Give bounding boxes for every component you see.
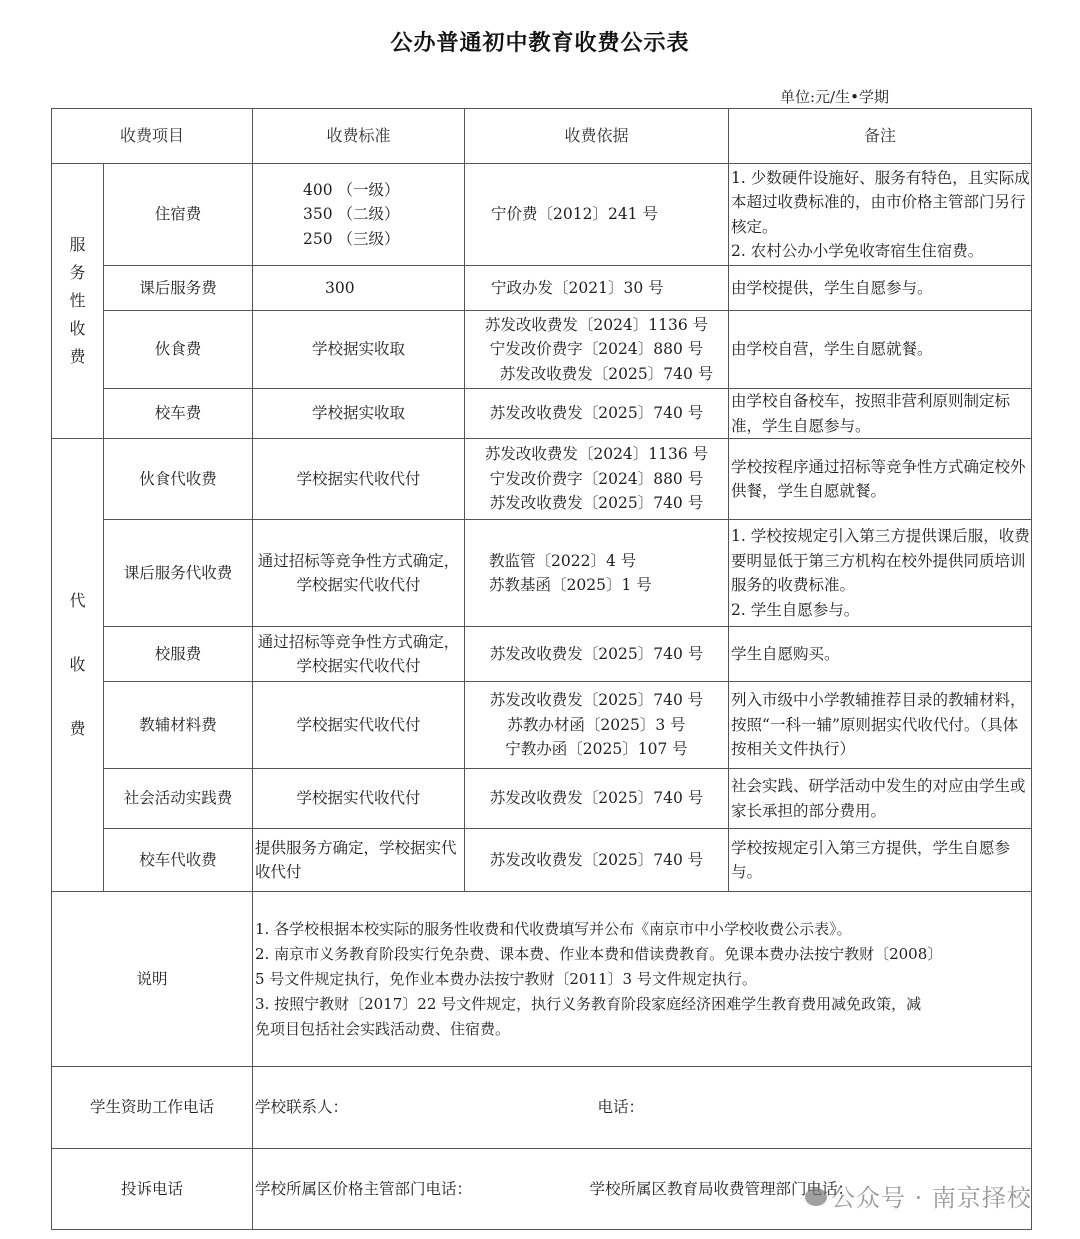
standard-line: 学校据实代收代付 bbox=[253, 786, 464, 811]
remark-line: 学校按程序通过招标等竞争性方式确定校外供餐，学生自愿就餐。 bbox=[729, 455, 1031, 504]
table-row: 校服费 通过招标等竞争性方式确定，学校据实代收代付 苏发改收费发〔2025〕74… bbox=[52, 627, 1032, 682]
basis-line: 宁发改价费字〔2024〕880 号 bbox=[485, 467, 708, 492]
watermark-text: 公众号 · 南京择校 bbox=[831, 1184, 1032, 1212]
fee-remarks: 由学校提供，学生自愿参与。 bbox=[729, 266, 1032, 311]
fee-standard: 学校据实代收代付 bbox=[253, 439, 465, 520]
remark-line: 由学校提供，学生自愿参与。 bbox=[729, 276, 1031, 301]
unit-label: 单位:元/生•学期 bbox=[780, 86, 889, 107]
basis-line: 宁教办函〔2025〕107 号 bbox=[490, 737, 703, 762]
aid-phone-label: 学生资助工作电话 bbox=[52, 1067, 253, 1149]
fee-basis: 宁价费〔2012〕241 号 bbox=[465, 164, 729, 266]
fee-item: 教辅材料费 bbox=[104, 682, 253, 769]
remark-line: 学校按规定引入第三方提供，学生自愿参与。 bbox=[729, 836, 1031, 885]
wechat-icon bbox=[805, 1188, 827, 1206]
basis-line: 苏发改收费发〔2024〕1136 号 bbox=[485, 442, 708, 467]
category-char: 服 bbox=[52, 231, 103, 259]
standard-line: 400 （一级） bbox=[303, 178, 464, 203]
note-line: 3. 按照宁教财〔2017〕22 号文件规定，执行义务教育阶段家庭经济困难学生教… bbox=[255, 992, 1031, 1017]
category-char: 收 bbox=[52, 633, 103, 697]
fee-standard: 学校据实代收代付 bbox=[253, 682, 465, 769]
remark-line: 由学校自备校车，按照非营利原则制定标准，学生自愿参与。 bbox=[729, 389, 1031, 438]
table-header-row: 收费项目 收费标准 收费依据 备注 bbox=[52, 109, 1032, 164]
remark-line: 学生自愿购买。 bbox=[729, 642, 1031, 667]
basis-line: 苏发改收费发〔2025〕740 号 bbox=[465, 642, 728, 667]
standard-line: 250 （三级） bbox=[303, 227, 464, 252]
notes-label: 说明 bbox=[52, 892, 253, 1067]
fee-remarks: 由学校自备校车，按照非营利原则制定标准，学生自愿参与。 bbox=[729, 389, 1032, 439]
fee-basis: 苏发改收费发〔2024〕1136 号 宁发改价费字〔2024〕880 号 苏发改… bbox=[465, 311, 729, 389]
standard-line: 300 bbox=[325, 276, 464, 301]
remark-line: 社会实践、研学活动中发生的对应由学生或家长承担的部分费用。 bbox=[729, 774, 1031, 823]
fee-remarks: 学生自愿购买。 bbox=[729, 627, 1032, 682]
table-row: 校车费 学校据实收取 苏发改收费发〔2025〕740 号 由学校自备校车，按照非… bbox=[52, 389, 1032, 439]
remark-line: 1. 少数硬件设施好、服务有特色，且实际成本超过收费标准的，由市价格主管部门另行… bbox=[729, 166, 1031, 240]
basis-line: 苏发改收费发〔2024〕1136 号 bbox=[480, 313, 713, 338]
aid-phone-row: 学生资助工作电话 学校联系人： 电话： bbox=[52, 1067, 1032, 1149]
category-char: 代 bbox=[52, 569, 103, 633]
remark-line: 由学校自营，学生自愿就餐。 bbox=[729, 337, 1031, 362]
fee-remarks: 列入市级中小学教辅推荐目录的教辅材料，按照“一科一辅”原则据实代收代付。（具体按… bbox=[729, 682, 1032, 769]
fee-standard: 学校据实收取 bbox=[253, 389, 465, 439]
fee-item: 住宿费 bbox=[104, 164, 253, 266]
standard-line: 350 （二级） bbox=[303, 202, 464, 227]
fee-item: 课后服务费 bbox=[104, 266, 253, 311]
basis-line: 苏发改收费发〔2025〕740 号 bbox=[480, 362, 713, 387]
category-char: 性 bbox=[52, 287, 103, 315]
header-remarks: 备注 bbox=[729, 109, 1032, 164]
fee-remarks: 1. 学校按规定引入第三方提供课后服，收费要明显低于第三方机构在校外提供同质培训… bbox=[729, 520, 1032, 627]
header-basis: 收费依据 bbox=[465, 109, 729, 164]
fee-basis: 苏发改收费发〔2024〕1136 号 宁发改价费字〔2024〕880 号 苏发改… bbox=[465, 439, 729, 520]
fee-basis: 苏发改收费发〔2025〕740 号 苏教办材函〔2025〕3 号 宁教办函〔20… bbox=[465, 682, 729, 769]
basis-line: 苏教办材函〔2025〕3 号 bbox=[490, 713, 703, 738]
basis-line: 教监管〔2022〕4 号 bbox=[489, 549, 728, 574]
fee-standard: 提供服务方确定，学校据实代收代付 bbox=[253, 829, 465, 892]
fee-standard: 通过招标等竞争性方式确定，学校据实代收代付 bbox=[253, 627, 465, 682]
table-row: 服 务 性 收 费 住宿费 400 （一级） 350 （二级） 250 （三级）… bbox=[52, 164, 1032, 266]
fee-basis: 苏发改收费发〔2025〕740 号 bbox=[465, 769, 729, 829]
school-contact-label: 学校联系人： bbox=[255, 1098, 348, 1116]
basis-line: 苏发改收费发〔2025〕740 号 bbox=[465, 848, 728, 873]
fee-standard: 学校据实代收代付 bbox=[253, 769, 465, 829]
fee-item: 校车代收费 bbox=[104, 829, 253, 892]
category-agency-fees: 代 收 费 bbox=[52, 439, 104, 892]
fee-remarks: 学校按程序通过招标等竞争性方式确定校外供餐，学生自愿就餐。 bbox=[729, 439, 1032, 520]
fee-item: 伙食代收费 bbox=[104, 439, 253, 520]
category-char: 务 bbox=[52, 259, 103, 287]
basis-line: 苏发改收费发〔2025〕740 号 bbox=[490, 688, 703, 713]
table-row: 课后服务费 300 宁政办发〔2021〕30 号 由学校提供，学生自愿参与。 bbox=[52, 266, 1032, 311]
standard-line: 学校据实代收代付 bbox=[253, 467, 464, 492]
fee-remarks: 1. 少数硬件设施好、服务有特色，且实际成本超过收费标准的，由市价格主管部门另行… bbox=[729, 164, 1032, 266]
standard-line: 通过招标等竞争性方式确定，学校据实代收代付 bbox=[257, 549, 460, 598]
fee-standard: 400 （一级） 350 （二级） 250 （三级） bbox=[253, 164, 465, 266]
fee-item: 社会活动实践费 bbox=[104, 769, 253, 829]
aid-phone-number-label: 电话： bbox=[598, 1095, 645, 1120]
watermark: 公众号 · 南京择校 bbox=[805, 1178, 1032, 1213]
category-char: 收 bbox=[52, 315, 103, 343]
table-row: 代 收 费 伙食代收费 学校据实代收代付 苏发改收费发〔2024〕1136 号 … bbox=[52, 439, 1032, 520]
basis-line: 宁发改价费字〔2024〕880 号 bbox=[480, 337, 713, 362]
remark-line: 2. 农村公办小学免收寄宿生住宿费。 bbox=[729, 239, 1031, 264]
fee-item: 伙食费 bbox=[104, 311, 253, 389]
table-row: 课后服务代收费 通过招标等竞争性方式确定，学校据实代收代付 教监管〔2022〕4… bbox=[52, 520, 1032, 627]
fee-remarks: 社会实践、研学活动中发生的对应由学生或家长承担的部分费用。 bbox=[729, 769, 1032, 829]
complaint-phone-label: 投诉电话 bbox=[52, 1149, 253, 1230]
remark-line: 2. 学生自愿参与。 bbox=[729, 598, 1031, 623]
fee-basis: 教监管〔2022〕4 号 苏教基函〔2025〕1 号 bbox=[465, 520, 729, 627]
fee-standard: 学校据实收取 bbox=[253, 311, 465, 389]
basis-line: 苏教基函〔2025〕1 号 bbox=[489, 573, 728, 598]
fee-item: 校车费 bbox=[104, 389, 253, 439]
header-item: 收费项目 bbox=[52, 109, 253, 164]
fee-basis: 宁政办发〔2021〕30 号 bbox=[465, 266, 729, 311]
notes-content: 1. 各学校根据本校实际的服务性收费和代收费填写并公布《南京市中小学校收费公示表… bbox=[253, 892, 1032, 1067]
note-line: 2. 南京市义务教育阶段实行免杂费、课本费、作业本费和借读费教育。免课本费办法按… bbox=[255, 942, 1031, 967]
fee-standard: 通过招标等竞争性方式确定，学校据实代收代付 bbox=[253, 520, 465, 627]
table-row: 校车代收费 提供服务方确定，学校据实代收代付 苏发改收费发〔2025〕740 号… bbox=[52, 829, 1032, 892]
fee-basis: 苏发改收费发〔2025〕740 号 bbox=[465, 627, 729, 682]
table-row: 教辅材料费 学校据实代收代付 苏发改收费发〔2025〕740 号 苏教办材函〔2… bbox=[52, 682, 1032, 769]
note-line: 5 号文件规定执行，免作业本费办法按宁教财〔2011〕3 号文件规定执行。 bbox=[255, 967, 1031, 992]
fee-remarks: 由学校自营，学生自愿就餐。 bbox=[729, 311, 1032, 389]
category-char: 费 bbox=[52, 343, 103, 371]
basis-line: 苏发改收费发〔2025〕740 号 bbox=[485, 491, 708, 516]
basis-line: 宁价费〔2012〕241 号 bbox=[491, 202, 728, 227]
standard-line: 学校据实收取 bbox=[253, 337, 464, 362]
category-char: 费 bbox=[52, 697, 103, 761]
fee-standard: 300 bbox=[253, 266, 465, 311]
standard-line: 提供服务方确定，学校据实代收代付 bbox=[255, 836, 464, 885]
standard-line: 通过招标等竞争性方式确定，学校据实代收代付 bbox=[257, 630, 460, 679]
standard-line: 学校据实收取 bbox=[253, 401, 464, 426]
fee-basis: 苏发改收费发〔2025〕740 号 bbox=[465, 829, 729, 892]
notes-row: 说明 1. 各学校根据本校实际的服务性收费和代收费填写并公布《南京市中小学校收费… bbox=[52, 892, 1032, 1067]
price-dept-phone-label: 学校所属区价格主管部门电话： bbox=[255, 1180, 472, 1198]
aid-phone-content: 学校联系人： 电话： bbox=[253, 1067, 1032, 1149]
basis-line: 苏发改收费发〔2025〕740 号 bbox=[465, 786, 728, 811]
fee-table: 收费项目 收费标准 收费依据 备注 服 务 性 收 费 住宿费 400 （一级）… bbox=[51, 108, 1032, 1230]
note-line: 免项目包括社会实践活动费、住宿费。 bbox=[255, 1017, 1031, 1042]
header-standard: 收费标准 bbox=[253, 109, 465, 164]
table-row: 伙食费 学校据实收取 苏发改收费发〔2024〕1136 号 宁发改价费字〔202… bbox=[52, 311, 1032, 389]
fee-item: 校服费 bbox=[104, 627, 253, 682]
category-service-fees: 服 务 性 收 费 bbox=[52, 164, 104, 439]
page-title: 公办普通初中教育收费公示表 bbox=[0, 26, 1080, 57]
table-row: 社会活动实践费 学校据实代收代付 苏发改收费发〔2025〕740 号 社会实践、… bbox=[52, 769, 1032, 829]
note-line: 1. 各学校根据本校实际的服务性收费和代收费填写并公布《南京市中小学校收费公示表… bbox=[255, 917, 1031, 942]
fee-basis: 苏发改收费发〔2025〕740 号 bbox=[465, 389, 729, 439]
remark-line: 列入市级中小学教辅推荐目录的教辅材料，按照“一科一辅”原则据实代收代付。（具体按… bbox=[729, 688, 1031, 762]
basis-line: 宁政办发〔2021〕30 号 bbox=[491, 276, 728, 301]
basis-line: 苏发改收费发〔2025〕740 号 bbox=[465, 401, 728, 426]
fee-remarks: 学校按规定引入第三方提供，学生自愿参与。 bbox=[729, 829, 1032, 892]
remark-line: 1. 学校按规定引入第三方提供课后服，收费要明显低于第三方机构在校外提供同质培训… bbox=[729, 524, 1031, 598]
standard-line: 学校据实代收代付 bbox=[253, 713, 464, 738]
fee-item: 课后服务代收费 bbox=[104, 520, 253, 627]
